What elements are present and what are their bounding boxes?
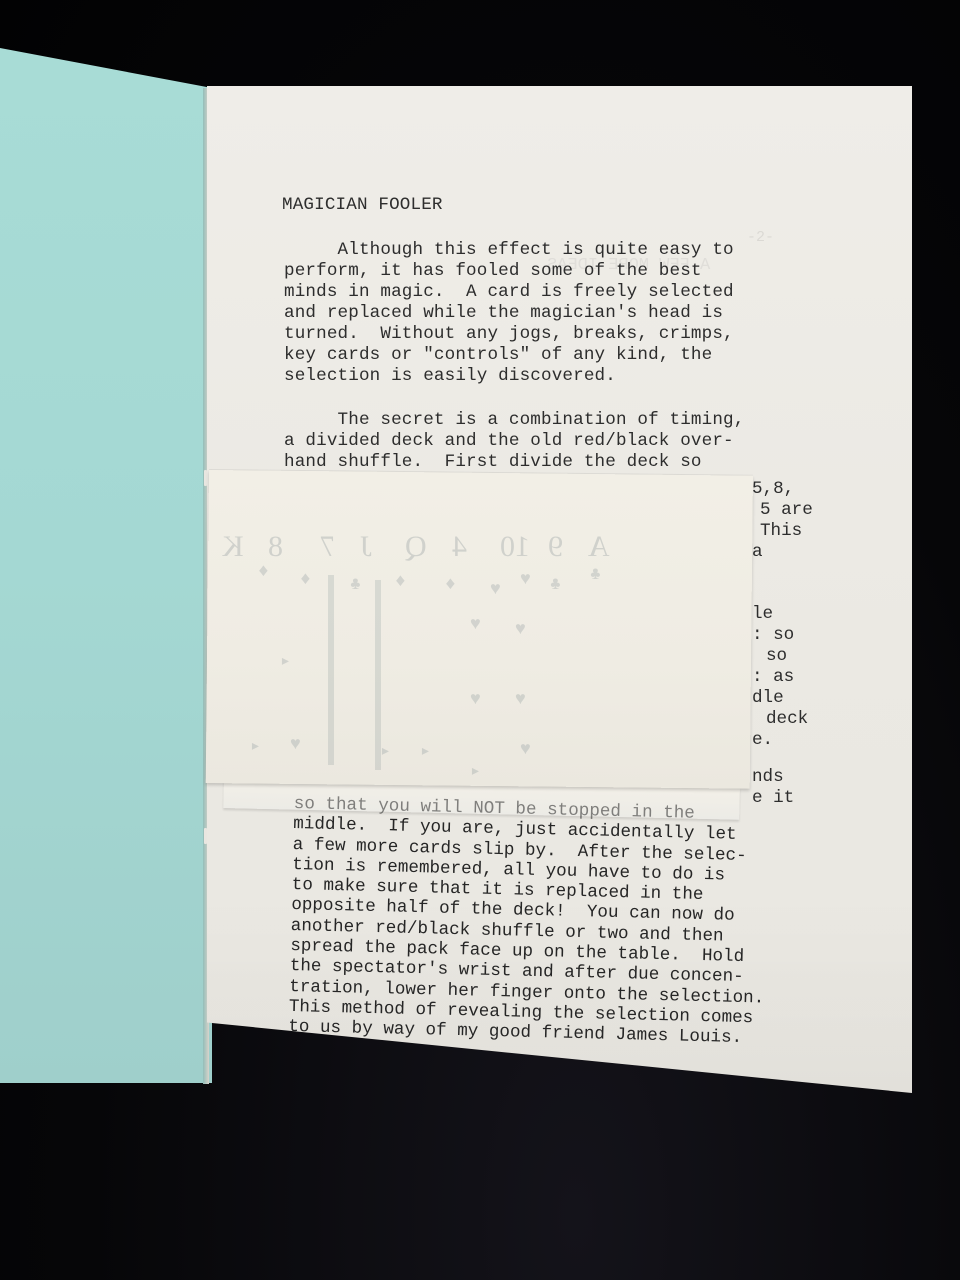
card-index-glyph: 4 (452, 530, 467, 564)
card-pip-icon: ▸ (380, 740, 391, 762)
card-pip-icon: ♦ (258, 562, 269, 582)
paragraph-1: Although this effect is quite easy toper… (284, 240, 734, 387)
text-fragment: This (760, 521, 802, 542)
card-pip-icon: ♥ (290, 735, 301, 755)
card-pip-icon: ▸ (250, 735, 261, 757)
staple (204, 828, 207, 844)
text-line: Although this effect is quite easy to (284, 240, 734, 261)
text-fragment: 5,8, (752, 479, 794, 500)
text-line: turned. Without any jogs, breaks, crimps… (284, 324, 734, 345)
booklet-cover (0, 48, 212, 1083)
text-fragment: a (752, 542, 763, 563)
paragraph-2: The secret is a combination of timing,a … (284, 410, 744, 473)
paragraph-continued: so that you will NOT be stopped in themi… (288, 794, 769, 1049)
text-line: hand shuffle. First divide the deck so (284, 452, 744, 473)
card-index-glyph: Q (405, 530, 427, 564)
card-pip-icon: ♣ (590, 565, 601, 585)
text-fragment: : as (752, 667, 794, 688)
card-frame-line (328, 575, 334, 765)
card-pip-icon: ♣ (350, 575, 361, 595)
card-pip-icon: ♦ (395, 572, 406, 592)
card-pip-icon: ▸ (280, 650, 291, 672)
text-line: key cards or "controls" of any kind, the (284, 345, 734, 366)
text-fragment: 5 are (760, 500, 813, 521)
text-fragment: deck (766, 709, 808, 730)
card-pip-icon: ♦ (445, 575, 456, 595)
card-frame-line (375, 580, 381, 770)
card-index-glyph: 7 (320, 530, 335, 564)
card-pip-icon: ♥ (520, 570, 531, 590)
text-line: selection is easily discovered. (284, 366, 734, 387)
card-index-glyph: 8 (268, 530, 283, 564)
bleed-through-page-number: -2- (747, 229, 774, 246)
staple (204, 470, 207, 486)
text-line: The secret is a combination of timing, (284, 410, 744, 431)
card-index-glyph: 10 (500, 530, 530, 564)
card-index-glyph: A (588, 530, 610, 564)
card-pip-icon: ♦ (300, 570, 311, 590)
card-pip-icon: ♥ (515, 620, 526, 640)
card-pip-icon: ▸ (420, 740, 431, 762)
card-index-glyph: K (222, 530, 244, 564)
card-pip-icon: ▸ (470, 760, 481, 782)
text-line: a divided deck and the old red/black ove… (284, 431, 744, 452)
card-index-glyph: 9 (548, 530, 563, 564)
text-line: minds in magic. A card is freely selecte… (284, 282, 734, 303)
text-fragment: so (766, 646, 787, 667)
card-index-glyph: J (360, 530, 372, 564)
card-pip-icon: ♥ (490, 580, 501, 600)
text-fragment: nds (752, 767, 784, 788)
text-fragment: e. (752, 730, 773, 751)
text-fragment: : so (752, 625, 794, 646)
card-pip-icon: ♥ (515, 690, 526, 710)
article-title: MAGICIAN FOOLER (282, 195, 443, 216)
card-pip-icon: ♥ (520, 740, 531, 760)
card-pip-icon: ♥ (470, 690, 481, 710)
text-fragment: dle (752, 688, 784, 709)
text-fragment: le (752, 604, 773, 625)
card-pip-icon: ♣ (550, 575, 561, 595)
card-pip-icon: ♥ (470, 615, 481, 635)
text-line: and replaced while the magician's head i… (284, 303, 734, 324)
text-line: perform, it has fooled some of the best (284, 261, 734, 282)
